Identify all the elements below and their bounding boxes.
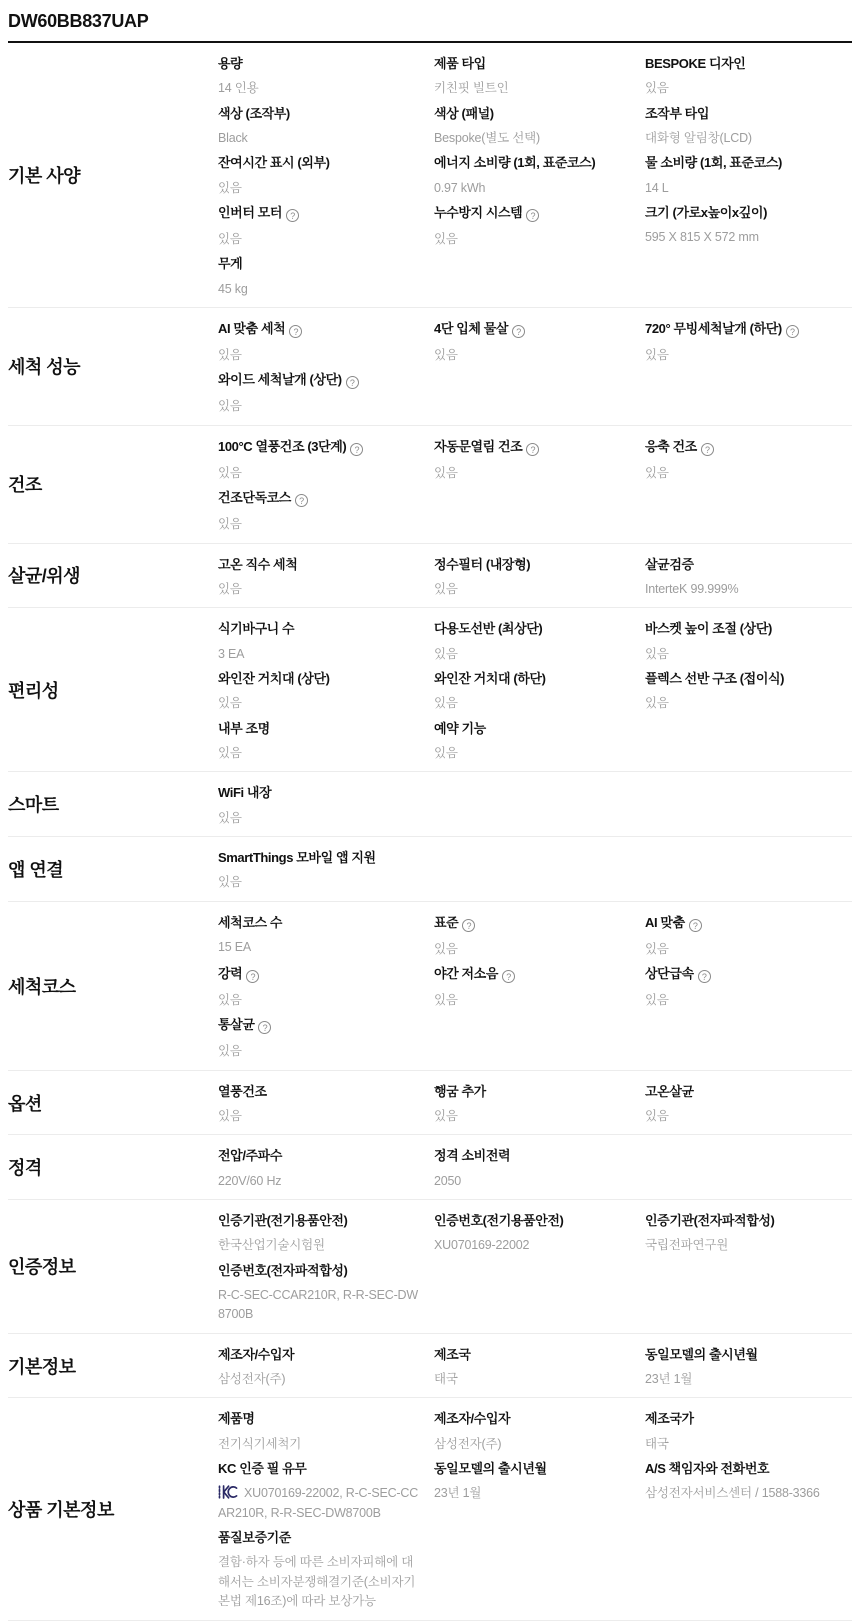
- spec-item: KC 인증 필 유무XU070169-22002, R-C-SEC-CCAR21…: [218, 1462, 434, 1523]
- section-row: 살균/위생고온 직수 세척있음정수필터 (내장형)있음살균검증InterteK …: [8, 544, 852, 609]
- section-row: 기본 사양용량14 인용제품 타입키친핏 빌트인BESPOKE 디자인있음색상 …: [8, 43, 852, 308]
- spec-value: 있음: [218, 1107, 420, 1126]
- section-row: 앱 연결SmartThings 모바일 앱 지원있음: [8, 837, 852, 902]
- section-row: 정격전압/주파수220V/60 Hz정격 소비전력2050: [8, 1135, 852, 1200]
- spec-item: 플렉스 선반 구조 (접이식)있음: [645, 672, 852, 714]
- info-tooltip-icon[interactable]: ?: [526, 443, 539, 456]
- spec-label: 제품 타입: [434, 57, 631, 71]
- spec-label: 조작부 타입: [645, 107, 838, 121]
- spec-label: 제품명: [218, 1412, 420, 1426]
- spec-item: 열풍건조있음: [218, 1085, 434, 1127]
- spec-item: 누수방지 시스템?있음: [434, 206, 645, 249]
- spec-label-text: AI 맞춤: [645, 915, 685, 930]
- spec-label-text: 제조국: [434, 1347, 470, 1362]
- spec-value: 있음: [645, 1107, 838, 1126]
- spec-value: 있음: [645, 940, 838, 959]
- spec-item: 예약 기능있음: [434, 722, 645, 764]
- spec-label-text: 행굼 추가: [434, 1084, 486, 1099]
- spec-value: 있음: [218, 515, 420, 534]
- section-row: 스마트WiFi 내장있음: [8, 772, 852, 837]
- spec-value-text: XU070169-22002, R-C-SEC-CCAR210R, R-R-SE…: [218, 1486, 418, 1519]
- spec-label: 식기바구니 수: [218, 622, 420, 636]
- spec-item: 무게45 kg: [218, 257, 434, 299]
- spec-value: 있음: [434, 940, 631, 959]
- spec-value: 있음: [218, 1042, 420, 1061]
- section-grid: AI 맞춤 세척?있음4단 입체 물살?있음720° 무빙세척날개 (하단)?있…: [218, 322, 852, 425]
- spec-label: 행굼 추가: [434, 1085, 631, 1099]
- spec-value: 14 L: [645, 179, 838, 198]
- spec-label: SmartThings 모바일 앱 지원: [218, 851, 420, 865]
- spec-label-text: 색상 (패널): [434, 106, 494, 121]
- spec-label-text: 표준: [434, 915, 458, 930]
- spec-value: 있음: [218, 230, 420, 249]
- spec-label-text: A/S 책임자와 전화번호: [645, 1461, 769, 1476]
- spec-label: 고온살균: [645, 1085, 838, 1099]
- spec-item: 전압/주파수220V/60 Hz: [218, 1149, 434, 1191]
- spec-label-text: 누수방지 시스템: [434, 205, 522, 220]
- spec-label: 물 소비량 (1회, 표준코스): [645, 156, 838, 170]
- section-title: 상품 기본정보: [8, 1412, 218, 1619]
- spec-value: 있음: [645, 346, 838, 365]
- spec-value: 있음: [218, 991, 420, 1010]
- spec-item: 표준?있음: [434, 916, 645, 959]
- spec-label: 4단 입체 물살?: [434, 322, 631, 338]
- spec-label-text: 조작부 타입: [645, 106, 709, 121]
- section-title: 앱 연결: [8, 851, 218, 901]
- section-row: 상품 기본정보제품명전기식기세척기제조자/수입자삼성전자(주)제조국가태국KC …: [8, 1398, 852, 1620]
- spec-label-text: 인증번호(전자파적합성): [218, 1263, 347, 1278]
- spec-label-text: 자동문열림 건조: [434, 439, 522, 454]
- info-tooltip-icon[interactable]: ?: [701, 443, 714, 456]
- spec-label: KC 인증 필 유무: [218, 1462, 420, 1476]
- info-tooltip-icon[interactable]: ?: [698, 970, 711, 983]
- spec-item: 제품명전기식기세척기: [218, 1412, 434, 1454]
- spec-item: SmartThings 모바일 앱 지원있음: [218, 851, 434, 893]
- spec-item: 720° 무빙세척날개 (하단)?있음: [645, 322, 852, 365]
- section-row: 옵션열풍건조있음행굼 추가있음고온살균있음: [8, 1071, 852, 1136]
- spec-value: 있음: [434, 464, 631, 483]
- info-tooltip-icon[interactable]: ?: [246, 970, 259, 983]
- info-tooltip-icon[interactable]: ?: [786, 325, 799, 338]
- spec-value: XU070169-22002, R-C-SEC-CCAR210R, R-R-SE…: [218, 1484, 420, 1523]
- info-tooltip-icon[interactable]: ?: [689, 919, 702, 932]
- section-title: 기본정보: [8, 1348, 218, 1398]
- page-title: DW60BB837UAP: [8, 11, 852, 32]
- section-title: 인증정보: [8, 1214, 218, 1333]
- section-grid: SmartThings 모바일 앱 지원있음: [218, 851, 852, 901]
- info-tooltip-icon[interactable]: ?: [258, 1021, 271, 1034]
- spec-value: 대화형 알림창(LCD): [645, 129, 838, 148]
- spec-value: Bespoke(별도 선택): [434, 129, 631, 148]
- spec-value: 있음: [218, 179, 420, 198]
- spec-label: 인버터 모터?: [218, 206, 420, 222]
- spec-label-text: 살균검증: [645, 557, 694, 572]
- spec-item: 인증기관(전자파적합성)국립전파연구원: [645, 1214, 852, 1256]
- spec-item: 세척코스 수15 EA: [218, 916, 434, 959]
- spec-label: BESPOKE 디자인: [645, 57, 838, 71]
- spec-label-text: 다용도선반 (최상단): [434, 621, 542, 636]
- spec-item: 바스켓 높이 조절 (상단)있음: [645, 622, 852, 664]
- spec-value: 있음: [218, 464, 420, 483]
- spec-label-text: KC 인증 필 유무: [218, 1461, 306, 1476]
- spec-value: 전기식기세척기: [218, 1435, 420, 1454]
- spec-label-text: 야간 저소음: [434, 966, 498, 981]
- spec-item: 내부 조명있음: [218, 722, 434, 764]
- spec-item: 용량14 인용: [218, 57, 434, 99]
- spec-item: 색상 (조작부)Black: [218, 107, 434, 149]
- spec-label: 인증번호(전기용품안전): [434, 1214, 631, 1228]
- spec-item: 와이드 세척날개 (상단)?있음: [218, 373, 434, 416]
- spec-item: 인증번호(전기용품안전)XU070169-22002: [434, 1214, 645, 1256]
- spec-value: 있음: [434, 991, 631, 1010]
- spec-item: 크기 (가로x높이x깊이)595 X 815 X 572 mm: [645, 206, 852, 249]
- spec-label: 색상 (조작부): [218, 107, 420, 121]
- spec-value: 국립전파연구원: [645, 1236, 838, 1255]
- section-grid: 전압/주파수220V/60 Hz정격 소비전력2050: [218, 1149, 852, 1199]
- spec-item: 동일모델의 출시년월23년 1월: [645, 1348, 852, 1390]
- spec-value: 14 인용: [218, 79, 420, 98]
- spec-label-text: 식기바구니 수: [218, 621, 294, 636]
- spec-label: 플렉스 선반 구조 (접이식): [645, 672, 838, 686]
- info-tooltip-icon[interactable]: ?: [526, 209, 539, 222]
- section-row: 세척코스세척코스 수15 EA표준?있음AI 맞춤?있음강력?있음야간 저소음?…: [8, 902, 852, 1071]
- section-title: 살균/위생: [8, 558, 218, 608]
- spec-label: AI 맞춤?: [645, 916, 838, 932]
- spec-value: 한국산업기술시험원: [218, 1236, 420, 1255]
- spec-label: 표준?: [434, 916, 631, 932]
- spec-label-text: 물 소비량 (1회, 표준코스): [645, 155, 782, 170]
- spec-value: R-C-SEC-CCAR210R, R-R-SEC-DW8700B: [218, 1286, 420, 1325]
- spec-label: 열풍건조: [218, 1085, 420, 1099]
- spec-value: 있음: [434, 645, 631, 664]
- spec-label: 정수필터 (내장형): [434, 558, 631, 572]
- spec-item: 정수필터 (내장형)있음: [434, 558, 645, 600]
- spec-item: 색상 (패널)Bespoke(별도 선택): [434, 107, 645, 149]
- spec-value: XU070169-22002: [434, 1236, 631, 1255]
- product-spec-page: DW60BB837UAP 기본 사양용량14 인용제품 타입키친핏 빌트인BES…: [0, 0, 860, 1621]
- spec-value: 2050: [434, 1172, 631, 1191]
- spec-value: 있음: [218, 580, 420, 599]
- spec-label: 제조국: [434, 1348, 631, 1362]
- spec-label-text: 잔여시간 표시 (외부): [218, 155, 330, 170]
- spec-label-text: SmartThings 모바일 앱 지원: [218, 850, 376, 865]
- spec-value: 있음: [218, 873, 420, 892]
- spec-label-text: 고온살균: [645, 1084, 694, 1099]
- spec-label-text: 4단 입체 물살: [434, 321, 508, 336]
- spec-item: 야간 저소음?있음: [434, 967, 645, 1010]
- section-title: 옵션: [8, 1085, 218, 1135]
- spec-item: AI 맞춤?있음: [645, 916, 852, 959]
- spec-label: 정격 소비전력: [434, 1149, 631, 1163]
- spec-label: 예약 기능: [434, 722, 631, 736]
- section-title: 기본 사양: [8, 57, 218, 307]
- spec-label-text: 색상 (조작부): [218, 106, 290, 121]
- section-title: 세척코스: [8, 916, 218, 1070]
- spec-label-text: 품질보증기준: [218, 1530, 291, 1545]
- spec-label: 살균검증: [645, 558, 838, 572]
- spec-label-text: 와이드 세척날개 (상단): [218, 372, 342, 387]
- info-tooltip-icon[interactable]: ?: [350, 443, 363, 456]
- spec-label-text: 제품 타입: [434, 56, 486, 71]
- spec-label: WiFi 내장: [218, 786, 420, 800]
- spec-value: 삼성전자서비스센터 / 1588-3366: [645, 1484, 838, 1503]
- spec-value: 있음: [434, 346, 631, 365]
- spec-value: 있음: [434, 580, 631, 599]
- spec-label-text: 제조자/수입자: [434, 1411, 510, 1426]
- spec-label-text: 동일모델의 출시년월: [645, 1347, 758, 1362]
- info-tooltip-icon[interactable]: ?: [295, 494, 308, 507]
- spec-label-text: 제조자/수입자: [218, 1347, 294, 1362]
- spec-label-text: 플렉스 선반 구조 (접이식): [645, 671, 784, 686]
- spec-value: 있음: [645, 991, 838, 1010]
- spec-label-text: 720° 무빙세척날개 (하단): [645, 321, 782, 336]
- spec-label-text: 내부 조명: [218, 721, 270, 736]
- spec-table: 기본 사양용량14 인용제품 타입키친핏 빌트인BESPOKE 디자인있음색상 …: [8, 43, 852, 1621]
- spec-label-text: 제조국가: [645, 1411, 694, 1426]
- spec-label-text: 정수필터 (내장형): [434, 557, 530, 572]
- spec-label-text: 열풍건조: [218, 1084, 267, 1099]
- spec-value: 있음: [645, 79, 838, 98]
- spec-item: BESPOKE 디자인있음: [645, 57, 852, 99]
- spec-label: 인증번호(전자파적합성): [218, 1264, 420, 1278]
- spec-label: 인증기관(전자파적합성): [645, 1214, 838, 1228]
- spec-label-text: AI 맞춤 세척: [218, 321, 285, 336]
- spec-value: 삼성전자(주): [218, 1370, 420, 1389]
- spec-item: 강력?있음: [218, 967, 434, 1010]
- section-grid: 제품명전기식기세척기제조자/수입자삼성전자(주)제조국가태국KC 인증 필 유무…: [218, 1412, 852, 1619]
- spec-label: 건조단독코스?: [218, 491, 420, 507]
- spec-label-text: 무게: [218, 256, 242, 271]
- spec-label: 통살균?: [218, 1018, 420, 1034]
- section-grid: 인증기관(전기용품안전)한국산업기술시험원인증번호(전기용품안전)XU07016…: [218, 1214, 852, 1333]
- section-row: 인증정보인증기관(전기용품안전)한국산업기술시험원인증번호(전기용품안전)XU0…: [8, 1200, 852, 1334]
- spec-item: 와인잔 거치대 (상단)있음: [218, 672, 434, 714]
- section-title: 정격: [8, 1149, 218, 1199]
- spec-item: 인버터 모터?있음: [218, 206, 434, 249]
- spec-value: InterteK 99.999%: [645, 580, 838, 599]
- spec-value: 있음: [434, 744, 631, 763]
- spec-value: 15 EA: [218, 938, 420, 957]
- spec-value: 삼성전자(주): [434, 1435, 631, 1454]
- spec-item: 제품 타입키친핏 빌트인: [434, 57, 645, 99]
- spec-value: 있음: [645, 694, 838, 713]
- spec-item: 조작부 타입대화형 알림창(LCD): [645, 107, 852, 149]
- spec-label: 무게: [218, 257, 420, 271]
- section-grid: 세척코스 수15 EA표준?있음AI 맞춤?있음강력?있음야간 저소음?있음상단…: [218, 916, 852, 1070]
- spec-item: WiFi 내장있음: [218, 786, 434, 828]
- spec-value: 태국: [645, 1435, 838, 1454]
- spec-label-text: 제품명: [218, 1411, 254, 1426]
- spec-label-text: 동일모델의 출시년월: [434, 1461, 547, 1476]
- spec-label: 내부 조명: [218, 722, 420, 736]
- spec-label: 용량: [218, 57, 420, 71]
- spec-label-text: 와인잔 거치대 (하단): [434, 671, 546, 686]
- spec-value: 있음: [645, 645, 838, 664]
- spec-item: 자동문열림 건조?있음: [434, 440, 645, 483]
- spec-label-text: 바스켓 높이 조절 (상단): [645, 621, 772, 636]
- spec-value: 23년 1월: [645, 1370, 838, 1389]
- spec-value: 3 EA: [218, 645, 420, 664]
- spec-item: 제조국태국: [434, 1348, 645, 1390]
- spec-label-text: WiFi 내장: [218, 785, 271, 800]
- spec-label: 크기 (가로x높이x깊이): [645, 206, 838, 220]
- spec-label-text: 응축 건조: [645, 439, 697, 454]
- title-block: DW60BB837UAP: [8, 0, 852, 43]
- spec-value: 23년 1월: [434, 1484, 631, 1503]
- spec-item: 4단 입체 물살?있음: [434, 322, 645, 365]
- spec-item: 인증번호(전자파적합성)R-C-SEC-CCAR210R, R-R-SEC-DW…: [218, 1264, 434, 1325]
- spec-item: 식기바구니 수3 EA: [218, 622, 434, 664]
- spec-item: 고온살균있음: [645, 1085, 852, 1127]
- spec-label: 제조자/수입자: [434, 1412, 631, 1426]
- section-grid: WiFi 내장있음: [218, 786, 852, 836]
- section-grid: 식기바구니 수3 EA다용도선반 (최상단)있음바스켓 높이 조절 (상단)있음…: [218, 622, 852, 771]
- spec-value: 있음: [645, 464, 838, 483]
- spec-item: 물 소비량 (1회, 표준코스)14 L: [645, 156, 852, 198]
- section-row: 세척 성능AI 맞춤 세척?있음4단 입체 물살?있음720° 무빙세척날개 (…: [8, 308, 852, 426]
- spec-value: 있음: [218, 397, 420, 416]
- section-grid: 용량14 인용제품 타입키친핏 빌트인BESPOKE 디자인있음색상 (조작부)…: [218, 57, 852, 307]
- spec-label-text: 인증기관(전기용품안전): [218, 1213, 347, 1228]
- spec-value: 있음: [434, 230, 631, 249]
- section-grid: 제조자/수입자삼성전자(주)제조국태국동일모델의 출시년월23년 1월: [218, 1348, 852, 1398]
- spec-item: 응축 건조?있음: [645, 440, 852, 483]
- spec-label-text: 건조단독코스: [218, 490, 291, 505]
- spec-item: 100°C 열풍건조 (3단계)?있음: [218, 440, 434, 483]
- spec-value: 결함·하자 등에 따른 소비자피해에 대해서는 소비자분쟁해결기준(소비자기본법…: [218, 1553, 420, 1611]
- spec-label: 720° 무빙세척날개 (하단)?: [645, 322, 838, 338]
- spec-item: 제조자/수입자삼성전자(주): [434, 1412, 645, 1454]
- spec-label: 고온 직수 세척: [218, 558, 420, 572]
- spec-label: 와인잔 거치대 (하단): [434, 672, 631, 686]
- spec-label-text: 고온 직수 세척: [218, 557, 297, 572]
- spec-label-text: 전압/주파수: [218, 1148, 282, 1163]
- spec-value: 있음: [434, 694, 631, 713]
- spec-label: 누수방지 시스템?: [434, 206, 631, 222]
- spec-value: 595 X 815 X 572 mm: [645, 228, 838, 247]
- spec-value: 태국: [434, 1370, 631, 1389]
- spec-label-text: 통살균: [218, 1017, 254, 1032]
- spec-item: 행굼 추가있음: [434, 1085, 645, 1127]
- spec-label: 제조자/수입자: [218, 1348, 420, 1362]
- info-tooltip-icon[interactable]: ?: [289, 325, 302, 338]
- info-tooltip-icon[interactable]: ?: [286, 209, 299, 222]
- spec-item: 제조국가태국: [645, 1412, 852, 1454]
- spec-value: 220V/60 Hz: [218, 1172, 420, 1191]
- info-tooltip-icon[interactable]: ?: [346, 376, 359, 389]
- section-title: 건조: [8, 440, 218, 543]
- spec-label-text: 100°C 열풍건조 (3단계): [218, 439, 346, 454]
- spec-label: 응축 건조?: [645, 440, 838, 456]
- spec-item: 고온 직수 세척있음: [218, 558, 434, 600]
- section-title: 스마트: [8, 786, 218, 836]
- section-grid: 고온 직수 세척있음정수필터 (내장형)있음살균검증InterteK 99.99…: [218, 558, 852, 608]
- info-tooltip-icon[interactable]: ?: [462, 919, 475, 932]
- spec-item: 에너지 소비량 (1회, 표준코스)0.97 kWh: [434, 156, 645, 198]
- spec-item: 다용도선반 (최상단)있음: [434, 622, 645, 664]
- spec-label-text: 인증번호(전기용품안전): [434, 1213, 563, 1228]
- spec-label: A/S 책임자와 전화번호: [645, 1462, 838, 1476]
- spec-label: 동일모델의 출시년월: [434, 1462, 631, 1476]
- spec-label-text: 용량: [218, 56, 242, 71]
- spec-value: 0.97 kWh: [434, 179, 631, 198]
- spec-label: 세척코스 수: [218, 916, 420, 930]
- spec-value: 있음: [218, 346, 420, 365]
- spec-label: 전압/주파수: [218, 1149, 420, 1163]
- spec-label: 상단급속?: [645, 967, 838, 983]
- spec-label-text: 와인잔 거치대 (상단): [218, 671, 330, 686]
- spec-label-text: 인증기관(전자파적합성): [645, 1213, 774, 1228]
- spec-label: 야간 저소음?: [434, 967, 631, 983]
- spec-label: 다용도선반 (최상단): [434, 622, 631, 636]
- kc-certification-icon: [218, 1485, 238, 1499]
- spec-item: 살균검증InterteK 99.999%: [645, 558, 852, 600]
- spec-label: 바스켓 높이 조절 (상단): [645, 622, 838, 636]
- spec-value: 있음: [434, 1107, 631, 1126]
- spec-item: 정격 소비전력2050: [434, 1149, 645, 1191]
- section-grid: 열풍건조있음행굼 추가있음고온살균있음: [218, 1085, 852, 1135]
- spec-label: 자동문열림 건조?: [434, 440, 631, 456]
- spec-label: 강력?: [218, 967, 420, 983]
- spec-label-text: 세척코스 수: [218, 915, 282, 930]
- spec-label: 잔여시간 표시 (외부): [218, 156, 420, 170]
- spec-item: 인증기관(전기용품안전)한국산업기술시험원: [218, 1214, 434, 1256]
- spec-label-text: 상단급속: [645, 966, 694, 981]
- section-title: 편리성: [8, 622, 218, 771]
- spec-label: 제조국가: [645, 1412, 838, 1426]
- spec-label: 100°C 열풍건조 (3단계)?: [218, 440, 420, 456]
- spec-label: 에너지 소비량 (1회, 표준코스): [434, 156, 631, 170]
- info-tooltip-icon[interactable]: ?: [512, 325, 525, 338]
- spec-item: 동일모델의 출시년월23년 1월: [434, 1462, 645, 1523]
- spec-item: 통살균?있음: [218, 1018, 434, 1061]
- spec-item: A/S 책임자와 전화번호삼성전자서비스센터 / 1588-3366: [645, 1462, 852, 1523]
- spec-label: 색상 (패널): [434, 107, 631, 121]
- spec-label: 품질보증기준: [218, 1531, 420, 1545]
- spec-label-text: 에너지 소비량 (1회, 표준코스): [434, 155, 595, 170]
- spec-value: 키친핏 빌트인: [434, 79, 631, 98]
- section-title: 세척 성능: [8, 322, 218, 425]
- spec-label-text: 강력: [218, 966, 242, 981]
- spec-label-text: 예약 기능: [434, 721, 486, 736]
- spec-label: 동일모델의 출시년월: [645, 1348, 838, 1362]
- spec-label-text: 정격 소비전력: [434, 1148, 510, 1163]
- section-row: 건조100°C 열풍건조 (3단계)?있음자동문열림 건조?있음응축 건조?있음…: [8, 426, 852, 544]
- spec-item: 와인잔 거치대 (하단)있음: [434, 672, 645, 714]
- spec-label-text: 인버터 모터: [218, 205, 282, 220]
- spec-label: 와이드 세척날개 (상단)?: [218, 373, 420, 389]
- spec-label-text: BESPOKE 디자인: [645, 56, 745, 71]
- info-tooltip-icon[interactable]: ?: [502, 970, 515, 983]
- spec-item: 건조단독코스?있음: [218, 491, 434, 534]
- section-row: 편리성식기바구니 수3 EA다용도선반 (최상단)있음바스켓 높이 조절 (상단…: [8, 608, 852, 772]
- section-row: 기본정보제조자/수입자삼성전자(주)제조국태국동일모델의 출시년월23년 1월: [8, 1334, 852, 1399]
- spec-value: Black: [218, 129, 420, 148]
- section-grid: 100°C 열풍건조 (3단계)?있음자동문열림 건조?있음응축 건조?있음건조…: [218, 440, 852, 543]
- spec-label-text: 크기 (가로x높이x깊이): [645, 205, 767, 220]
- spec-item: 상단급속?있음: [645, 967, 852, 1010]
- spec-value: 있음: [218, 694, 420, 713]
- spec-item: 잔여시간 표시 (외부)있음: [218, 156, 434, 198]
- spec-value: 있음: [218, 744, 420, 763]
- spec-label: AI 맞춤 세척?: [218, 322, 420, 338]
- spec-item: 품질보증기준결함·하자 등에 따른 소비자피해에 대해서는 소비자분쟁해결기준(…: [218, 1531, 434, 1611]
- spec-value: 45 kg: [218, 280, 420, 299]
- spec-label: 인증기관(전기용품안전): [218, 1214, 420, 1228]
- spec-item: AI 맞춤 세척?있음: [218, 322, 434, 365]
- spec-value: 있음: [218, 809, 420, 828]
- spec-label: 와인잔 거치대 (상단): [218, 672, 420, 686]
